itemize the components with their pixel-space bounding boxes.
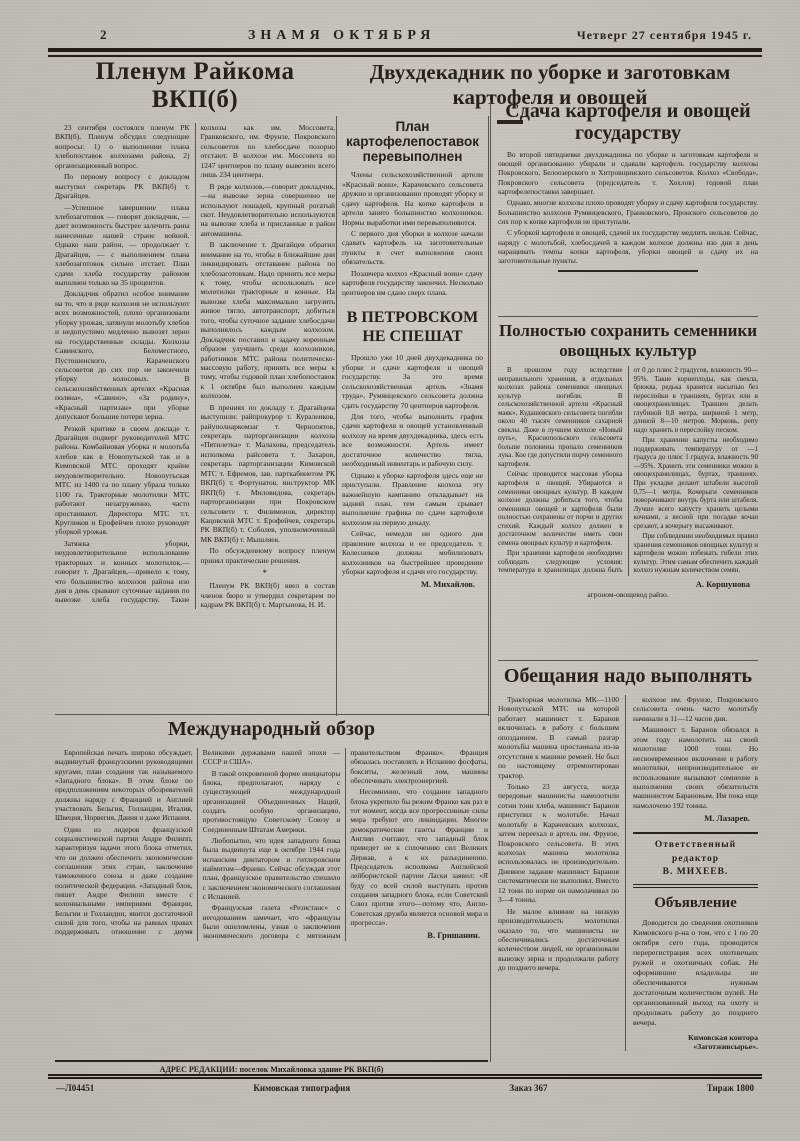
paragraph: По первому вопросу с докладом выступил с… [55,172,190,200]
paragraph: Не малое влияние на низкую производитель… [498,907,619,973]
semenniki-byline: А. Коршунова [498,579,758,589]
paragraph: —Успешное завершение плана хлебозаготово… [55,203,190,288]
article-sdacha: Сдача картофеля и овощей государству Во … [498,100,758,314]
paragraph: Только 23 августа, когда передовые машин… [498,782,619,905]
paragraph: Европейская печать широко обсуждает, выд… [55,748,193,823]
paragraph: В прошлом году вследствие неправильного … [498,366,623,468]
paragraph: колхозе им. Фрунзе, Покровского сельсове… [633,695,758,723]
imprint-id: —Л04451 [56,1083,94,1093]
paragraph: В ряде колхозов,—говорит докладчик,—на в… [201,182,336,239]
obeshchaniya-col2-text: колхозе им. Фрунзе, Покровского сельсове… [633,695,758,810]
announcement-title: Объявление [633,895,758,912]
masthead: 2 ЗНАМЯ ОКТЯБРЯ Четверг 27 сентября 1945… [48,27,762,57]
paragraph: Любопытно, что идея западного блока была… [203,836,341,901]
paragraph: Несомненно, что создание западного блока… [350,787,488,927]
paragraph: Для того, чтобы выполнить график сдачи к… [342,412,483,469]
plenum-body: 23 сентября состоялся пленум РК ВКП(б). … [55,123,335,609]
paragraph: В прениях по докладу т. Драгайцева высту… [201,403,336,545]
petrovskoe-body: Прошло уже 10 дней двухдекадника по убор… [342,353,483,576]
paragraph: При хранении капусты необходимо поддержи… [634,436,759,530]
paragraph: В такой откровенной форме инициаторы бло… [203,769,341,834]
plan-body: Члены сельскохозяйственной артели «Красн… [342,170,483,297]
semenniki-byline-role: агроном-овощевод райзо. [498,590,758,599]
article-plenum: Пленум Райкома ВКП(б) 23 сентября состоя… [55,58,335,716]
masthead-row: 2 ЗНАМЯ ОКТЯБРЯ Четверг 27 сентября 1945… [48,27,762,48]
obeshchaniya-columns: Тракторная молотилка МК—1100 Новопутьско… [498,695,758,1051]
paragraph: С уборкой картофеля и овощей, сдачей их … [498,228,758,265]
announcement: Объявление Доводится до сведения охотник… [633,895,758,1051]
sdacha-body: Во второй пятидневке двухдекадника по уб… [498,150,758,266]
paragraph: Докладчик обратил особое внимание на то,… [55,289,190,421]
newspaper-page: 2 ЗНАМЯ ОКТЯБРЯ Четверг 27 сентября 1945… [0,0,800,1141]
paragraph: Позавчера колхоз «Красный воин» сдачу ка… [342,269,483,297]
plenum-part1: 23 сентября состоялся пленум РК ВКП(б). … [55,123,335,609]
paragraph: 23 сентября состоялся пленум РК ВКП(б). … [55,123,190,170]
obzor-body: Европейская печать широко обсуждает, выд… [55,748,488,941]
paragraph: Пленум РК ВКП(б) ввел в состав членов бю… [201,581,336,609]
obeshchaniya-col1: Тракторная молотилка МК—1100 Новопутьско… [498,695,625,1051]
paragraph: Во второй пятидневке двухдекадника по уб… [498,150,758,197]
obzor-text: Европейская печать широко обсуждает, выд… [55,748,488,941]
paragraph: Тракторная молотилка МК—1100 Новопутьско… [498,695,619,780]
editor-box: Ответственный редактор В. МИХЕЕВ. [633,832,758,888]
petrovskoe-title: В ПЕТРОВСКОМ НЕ СПЕШАТ [342,308,483,346]
article-obeshchaniya: Обещания надо выполнять Тракторная молот… [498,660,758,1092]
petrovskoe-byline: М. Михайлов. [342,579,483,589]
obeshchaniya-byline: М. Лазарев. [633,813,758,823]
paragraph: Однако, многие колхозы плохо проводят уб… [498,198,758,226]
paragraph: Прошло уже 10 дней двухдекадника по убор… [342,353,483,410]
obzor-title: Международный обзор [55,718,488,741]
horizontal-rule [558,270,698,272]
imprint-row: —Л04451 Кимовская типография Заказ 367 Т… [48,1074,762,1093]
page-number: 2 [100,27,107,43]
middle-column: План картофелепоставок перевыполнен Член… [336,116,489,716]
issue-date: Четверг 27 сентября 1945 г. [577,28,752,43]
paragraph: Сейчас проводится массовая уборка картоф… [498,470,623,547]
section-separator: * [201,568,336,578]
obeshchaniya-col2: колхозе им. Фрунзе, Покровского сельсове… [625,695,758,1051]
imprint-order: Заказ 367 [509,1083,547,1093]
obzor-byline: В. Гришанин. [350,930,488,940]
plenum-title: Пленум Райкома ВКП(б) [55,58,335,114]
editor-label: Ответственный редактор [633,839,758,866]
plenum-part2: Пленум РК ВКП(б) ввел в состав членов бю… [201,581,336,609]
masthead-rule [48,48,762,57]
paragraph: В заключение т. Драгайцев обратил вниман… [201,240,336,400]
imprint-circulation: Тираж 1800 [707,1083,754,1093]
paragraph: По обсужденному вопросу пленум принял пр… [201,546,336,565]
semenniki-body: В прошлом году вследствие неправильного … [498,366,758,576]
sdacha-title: Сдача картофеля и овощей государству [498,100,758,145]
plan-title: План картофелепоставок перевыполнен [342,119,483,164]
paragraph: При соблюдении необходимых правил хранен… [634,532,759,575]
paragraph: Члены сельскохозяйственной артели «Красн… [342,170,483,227]
newspaper-title: ЗНАМЯ ОКТЯБРЯ [248,28,435,44]
imprint-printer: Кимовская типография [253,1083,350,1093]
paragraph: Однако к уборке картофеля здесь еще не п… [342,471,483,528]
article-obzor: Международный обзор Европейская печать ш… [55,714,488,1060]
obeshchaniya-title: Обещания надо выполнять [498,665,758,688]
paragraph: Сейчас, немедля ни одного дня правление … [342,529,483,576]
paragraph: С первого дня уборки в колхозе начали сд… [342,229,483,267]
paragraph: Резкой критике в своем докладе т. Драгай… [55,424,190,537]
announcement-signature: Кимовская контора «Заготживсырье». [633,1033,758,1051]
semenniki-title: Полностью сохранить семенники овощных ку… [498,321,758,361]
vertical-rule [490,100,491,1062]
editor-name: В. МИХЕЕВ. [633,866,758,879]
article-semenniki: Полностью сохранить семенники овощных ку… [498,316,758,660]
paragraph: Машинист т. Баранов обязался в этом году… [633,725,758,810]
paragraph: Доводится до сведения охотников Кимовско… [633,918,758,1028]
announcement-body: Доводится до сведения охотников Кимовско… [633,918,758,1028]
editorial-address: АДРЕС РЕДАКЦИИ: поселок Михайловка здани… [55,1060,488,1074]
